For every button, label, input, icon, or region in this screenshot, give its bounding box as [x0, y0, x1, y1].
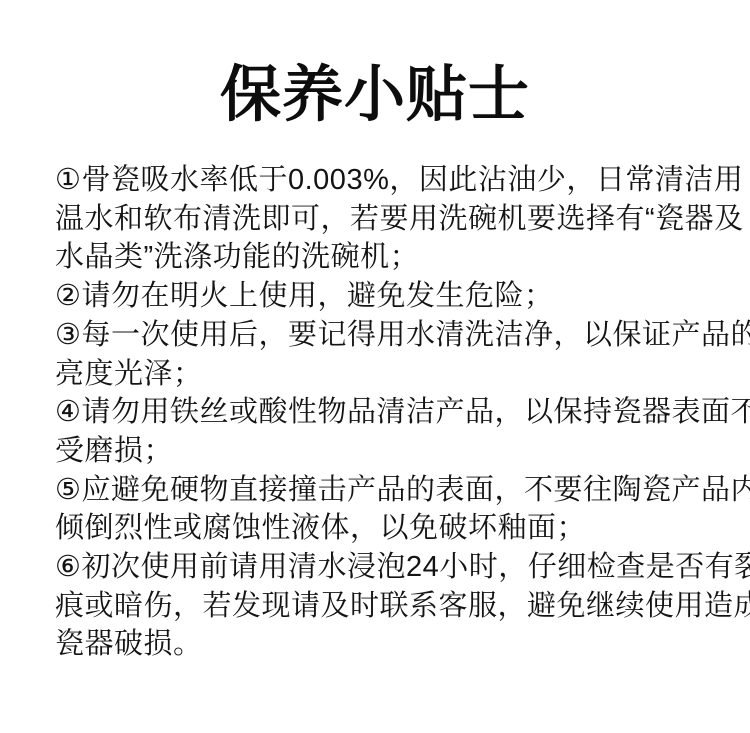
tip-line: ③每一次使用后，要记得用水清洗洁净，以保证产品的 — [55, 316, 720, 355]
tip-line: ④请勿用铁丝或酸性物品清洁产品，以保持瓷器表面不 — [55, 393, 720, 432]
tip-line: ⑤应避免硬物直接撞击产品的表面，不要往陶瓷产品内 — [55, 471, 720, 510]
tip-line: 温水和软布清洗即可，若要用洗碗机要选择有“瓷器及 — [55, 200, 720, 239]
tip-line: 受磨损； — [55, 432, 720, 471]
tip-item-4: ④请勿用铁丝或酸性物品清洁产品，以保持瓷器表面不 受磨损； — [55, 393, 720, 470]
tip-line: 痕或暗伤，若发现请及时联系客服，避免继续使用造成 — [55, 587, 720, 626]
tip-line: 水晶类”洗涤功能的洗碗机； — [55, 238, 720, 277]
tip-item-2: ②请勿在明火上使用，避免发生危险； — [55, 277, 720, 316]
tip-line: 倾倒烈性或腐蚀性液体，以免破坏釉面； — [55, 509, 720, 548]
tip-item-5: ⑤应避免硬物直接撞击产品的表面，不要往陶瓷产品内 倾倒烈性或腐蚀性液体，以免破坏… — [55, 471, 720, 548]
tips-list: ①骨瓷吸水率低于0.003%，因此沾油少，日常清洁用 温水和软布清洗即可，若要用… — [0, 161, 750, 664]
tip-line: ①骨瓷吸水率低于0.003%，因此沾油少，日常清洁用 — [55, 161, 720, 200]
page-title: 保养小贴士 — [0, 0, 750, 131]
tip-line: ⑥初次使用前请用清水浸泡24小时，仔细检查是否有裂 — [55, 548, 720, 587]
tip-item-1: ①骨瓷吸水率低于0.003%，因此沾油少，日常清洁用 温水和软布清洗即可，若要用… — [55, 161, 720, 277]
tip-line: 亮度光泽； — [55, 355, 720, 394]
tip-line: 瓷器破损。 — [55, 625, 720, 664]
tip-line: ②请勿在明火上使用，避免发生危险； — [55, 277, 720, 316]
tip-item-3: ③每一次使用后，要记得用水清洗洁净，以保证产品的 亮度光泽； — [55, 316, 720, 393]
tip-item-6: ⑥初次使用前请用清水浸泡24小时，仔细检查是否有裂 痕或暗伤，若发现请及时联系客… — [55, 548, 720, 664]
care-tips-page: 保养小贴士 ①骨瓷吸水率低于0.003%，因此沾油少，日常清洁用 温水和软布清洗… — [0, 0, 750, 733]
